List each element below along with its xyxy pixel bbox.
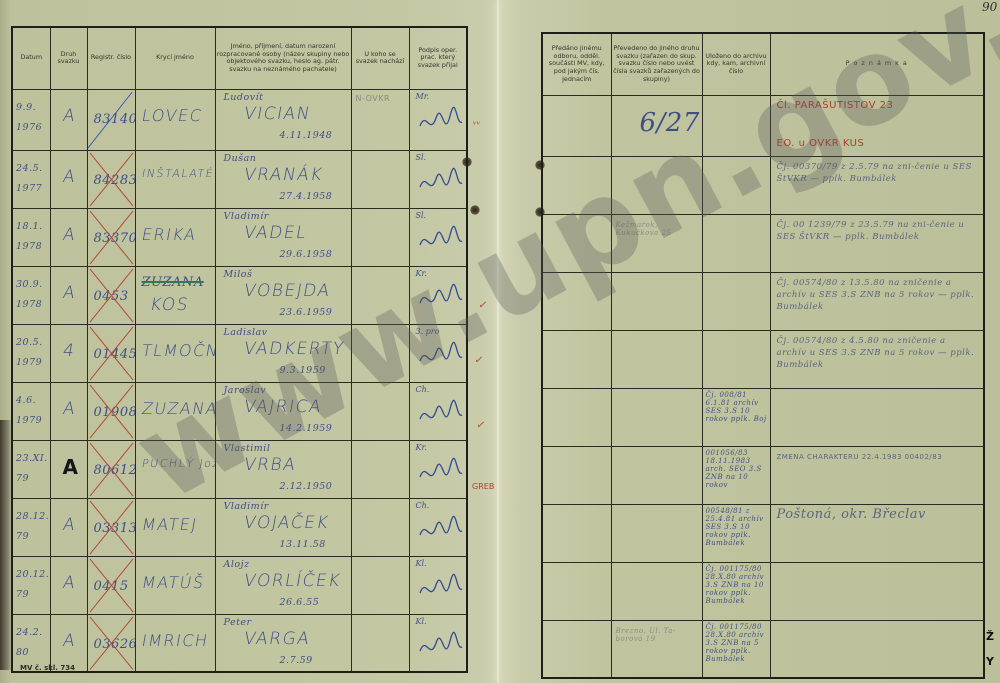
signature-cell: Sl. xyxy=(409,208,467,266)
cover-name: ERIKA xyxy=(140,225,198,244)
archived-cell xyxy=(702,95,770,156)
transferred-cell: Kežmarok, Kukučkova 25 xyxy=(611,214,702,272)
date-cell: 9.9. 1976 xyxy=(12,89,50,150)
last-name: VRBA xyxy=(242,455,298,475)
cover-cell: TLMOČNÍK xyxy=(135,324,215,382)
register-row: Čj. 001175/80 28.X.80 archív 3.S ZNB na … xyxy=(542,562,984,620)
ledger-spread: 90 Datum Druh svazku Registr. číslo Kryc… xyxy=(0,0,1000,683)
reg-number: 80612 xyxy=(94,463,136,478)
binding-hole xyxy=(470,205,480,215)
margin-note: GREB xyxy=(472,482,494,491)
birth-date: 2.7.59 xyxy=(280,655,313,666)
cover-cell: ZUZANA xyxy=(135,382,215,440)
cover-name: KOS xyxy=(148,295,190,315)
held-by-cell xyxy=(351,556,409,614)
transferred-cell xyxy=(611,272,702,330)
cover-name: MATÚŠ xyxy=(140,573,206,592)
date-cell: 18.1. 1978 xyxy=(12,208,50,266)
register-table-left: Datum Druh svazku Registr. číslo Krycí j… xyxy=(11,26,468,673)
reg-number: 83140 xyxy=(94,112,136,127)
header-transferred: Převedeno do jiného druhu svazku (zařaze… xyxy=(611,33,702,95)
type-cell: A xyxy=(50,208,87,266)
held-by-cell xyxy=(351,208,409,266)
note-text: ZMENA CHARAKTERU 22.4.1983 00402/83 xyxy=(777,451,977,463)
transferred-address: Brezno, Ul. Ta-borová 19 xyxy=(616,627,696,643)
archived-cell: Čj. 008/81 6.1.81 archív SES 3.S 10 roko… xyxy=(702,388,770,446)
last-name: VADEL xyxy=(242,223,309,243)
archive-record: Čj. 001175/80 28.X.80 archív 3.S ZNB na … xyxy=(706,623,768,663)
date-cell: 20.5. 1979 xyxy=(12,324,50,382)
handed-over-cell xyxy=(542,95,611,156)
person-cell: AlojzVORLÍČEK26.6.55 xyxy=(215,556,351,614)
type-cell: A xyxy=(50,266,87,324)
register-row: 00548/81 z 25.4.81 archív SES 3.S 10 rok… xyxy=(542,504,984,562)
transferred-cell: 6/27 xyxy=(611,95,702,156)
signature-icon xyxy=(416,563,464,609)
reg-number: 03626 xyxy=(94,637,136,652)
held-by-cell: N-OVKR xyxy=(351,89,409,150)
cover-name: IMRICH xyxy=(140,631,210,650)
first-name: Ľudovít xyxy=(224,92,264,103)
reg-cell: 03313 xyxy=(87,498,135,556)
note-cell xyxy=(770,388,984,446)
held-by: N-OVKR xyxy=(356,94,391,103)
first-name: Dušan xyxy=(224,153,257,164)
transferred-cell xyxy=(611,156,702,214)
check-mark: ✓ xyxy=(476,420,484,431)
type-cell: A xyxy=(50,498,87,556)
note-red: EO. u OVKR KUS xyxy=(777,138,865,149)
held-by-cell xyxy=(351,324,409,382)
person-cell: MilošVOBEJDA23.6.1959 xyxy=(215,266,351,324)
first-name: Ladislav xyxy=(224,327,268,338)
signature-cell: Ch. xyxy=(409,382,467,440)
file-type: A xyxy=(61,106,78,126)
register-table-right: Předáno jinému odboru, odděl. součásti M… xyxy=(541,32,985,679)
person-cell: LadislavVADKERTY9.3.1959 xyxy=(215,324,351,382)
birth-date: 14.2.1959 xyxy=(280,423,333,434)
handed-over-cell xyxy=(542,446,611,504)
cover-cell: ZUZANAKOS xyxy=(135,266,215,324)
note-text: Čj. 00574/80 z 4.5.80 na zničenie a arch… xyxy=(777,335,977,371)
note-red: Čl. PARAŠUTISTOV 23 xyxy=(777,100,894,111)
type-cell: 4 xyxy=(50,324,87,382)
type-cell: A xyxy=(50,382,87,440)
cover-cell: PUCHLÝ Jozef xyxy=(135,440,215,498)
signature-icon xyxy=(416,215,464,261)
reg-cell: 83370 xyxy=(87,208,135,266)
date: 28.12. 79 xyxy=(16,507,48,547)
header-person: Jméno, příjmení, datum narození rozpraco… xyxy=(215,27,351,89)
date-cell: 20.12. 79 xyxy=(12,556,50,614)
first-name: Vlastimil xyxy=(224,443,271,454)
note-cell: Čj. 00574/80 z 4.5.80 na zničenie a arch… xyxy=(770,330,984,388)
date-cell: 23.XI. 79 xyxy=(12,440,50,498)
group-file-number: 6/27 xyxy=(640,108,700,138)
header-date: Datum xyxy=(12,27,50,89)
handed-over-cell xyxy=(542,156,611,214)
reg-number: 84283 xyxy=(94,173,136,188)
birth-date: 26.6.55 xyxy=(280,597,320,608)
form-code: MV č. skl. 734 xyxy=(20,664,75,672)
birth-date: 13.11.58 xyxy=(280,539,326,550)
first-name: Vladimír xyxy=(224,211,269,222)
last-name: VARGA xyxy=(242,629,312,649)
register-row: 20.12. 79A0415MATÚŠAlojzVORLÍČEK26.6.55K… xyxy=(12,556,467,614)
transferred-cell xyxy=(611,504,702,562)
file-type: A xyxy=(61,515,78,535)
type-cell: A xyxy=(50,89,87,150)
cover-cell: MATÚŠ xyxy=(135,556,215,614)
birth-date: 27.4.1958 xyxy=(280,191,333,202)
reg-number: 0453 xyxy=(94,289,129,304)
register-row: 24.5. 1977A84283INŠTALATÉRDušanVRANÁK27.… xyxy=(12,150,467,208)
page-number: 90 xyxy=(982,0,997,14)
last-name: VRANÁK xyxy=(242,165,324,185)
check-mark: ✓ xyxy=(474,355,482,366)
first-name: Miloš xyxy=(224,269,253,280)
birth-date: 2.12.1950 xyxy=(280,481,333,492)
note-cell: Poštoná, okr. Břeclav xyxy=(770,504,984,562)
archived-cell: 001056/83 18.11.1983 arch. SEO 3.S ZNB n… xyxy=(702,446,770,504)
date: 4.6. 1979 xyxy=(16,391,48,431)
register-row: Čj. 00574/80 z 13.5.80 na zničenie a arc… xyxy=(542,272,984,330)
last-name: VORLÍČEK xyxy=(242,571,342,591)
handed-over-cell xyxy=(542,388,611,446)
header-handed-over: Předáno jinému odboru, odděl. součásti M… xyxy=(542,33,611,95)
cover-name: LOVEC xyxy=(140,106,204,125)
header-note: P o z n á m k a xyxy=(770,33,984,95)
register-row: 6/27Čl. PARAŠUTISTOV 23EO. u OVKR KUS xyxy=(542,95,984,156)
handed-over-cell xyxy=(542,272,611,330)
held-by-cell xyxy=(351,440,409,498)
register-row: 30.9. 1978A0453ZUZANAKOSMilošVOBEJDA23.6… xyxy=(12,266,467,324)
date: 24.2. 80 xyxy=(16,623,48,663)
reg-cell: 84283 xyxy=(87,150,135,208)
birth-date: 4.11.1948 xyxy=(280,130,333,141)
held-by-cell xyxy=(351,266,409,324)
date: 20.12. 79 xyxy=(16,565,48,605)
type-cell: A xyxy=(50,440,87,498)
type-cell: A xyxy=(50,556,87,614)
date: 24.5. 1977 xyxy=(16,159,48,199)
birth-date: 29.6.1958 xyxy=(280,249,333,260)
cover-name: PUCHLÝ Jozef xyxy=(140,457,215,470)
person-cell: VlastimilVRBA2.12.1950 xyxy=(215,440,351,498)
register-row: 23.XI. 79A80612PUCHLÝ JozefVlastimilVRBA… xyxy=(12,440,467,498)
signature-icon xyxy=(416,447,464,493)
register-row: 18.1. 1978A83370ERIKAVladimírVADEL29.6.1… xyxy=(12,208,467,266)
person-cell: DušanVRANÁK27.4.1958 xyxy=(215,150,351,208)
register-row: 24.2. 80A03626IMRICHPeterVARGA2.7.59Kl. xyxy=(12,614,467,672)
reg-cell: 80612 xyxy=(87,440,135,498)
handed-over-cell xyxy=(542,620,611,678)
register-row: 4.6. 1979A01908ZUZANAJaroslavVAJRICA14.2… xyxy=(12,382,467,440)
register-row: Brezno, Ul. Ta-borová 19Čj. 001175/80 28… xyxy=(542,620,984,678)
cover-cell: INŠTALATÉR xyxy=(135,150,215,208)
header-cover-name: Krycí jméno xyxy=(135,27,215,89)
reg-cell: 83140 xyxy=(87,89,135,150)
edge-letter: Y xyxy=(986,655,994,668)
last-name: VADKERTY xyxy=(242,339,346,359)
note-text: Čj. 00 1239/79 z 23.5.79 na zni-čenie u … xyxy=(777,219,977,243)
register-row: Čj. 00370/79 z 2.5.79 na zni-čenie u SES… xyxy=(542,156,984,214)
cover-name: MATEJ xyxy=(140,515,199,534)
signature-cell: Sl. xyxy=(409,150,467,208)
signature-cell: 3. pro xyxy=(409,324,467,382)
binding-gutter xyxy=(497,0,499,683)
signature-icon xyxy=(416,505,464,551)
archive-record: Čj. 008/81 6.1.81 archív SES 3.S 10 roko… xyxy=(706,391,768,423)
cover-cell: LOVEC xyxy=(135,89,215,150)
register-row: Kežmarok, Kukučkova 25Čj. 00 1239/79 z 2… xyxy=(542,214,984,272)
note-text: Poštoná, okr. Břeclav xyxy=(777,509,977,521)
date: 9.9. 1976 xyxy=(16,98,48,138)
note-cell: Čj. 00370/79 z 2.5.79 na zni-čenie u SES… xyxy=(770,156,984,214)
header-file-type: Druh svazku xyxy=(50,27,87,89)
cover-cell: IMRICH xyxy=(135,614,215,672)
archived-cell xyxy=(702,214,770,272)
date: 20.5. 1979 xyxy=(16,333,48,373)
person-cell: ĽudovítVICIAN4.11.1948 xyxy=(215,89,351,150)
signature-cell: Mr. xyxy=(409,89,467,150)
signature-icon xyxy=(416,96,464,142)
transferred-address: Kežmarok, Kukučkova 25 xyxy=(616,221,696,237)
date: 18.1. 1978 xyxy=(16,217,48,257)
signature-icon xyxy=(416,621,464,667)
last-name: VOJAČEK xyxy=(242,513,331,533)
signature-cell: Kr. xyxy=(409,440,467,498)
date-cell: 24.5. 1977 xyxy=(12,150,50,208)
date-cell: 4.6. 1979 xyxy=(12,382,50,440)
archived-cell: Čj. 001175/80 28.X.80 archív 3.S ZNB na … xyxy=(702,620,770,678)
reg-cell: 03626 xyxy=(87,614,135,672)
handed-over-cell xyxy=(542,504,611,562)
birth-date: 9.3.1959 xyxy=(280,365,326,376)
edge-letter: Ž xyxy=(986,630,994,643)
note-cell: Čj. 00574/80 z 13.5.80 na zničenie a arc… xyxy=(770,272,984,330)
transferred-cell: Brezno, Ul. Ta-borová 19 xyxy=(611,620,702,678)
last-name: VOBEJDA xyxy=(242,281,332,301)
header-reg-number: Registr. číslo xyxy=(87,27,135,89)
archived-cell xyxy=(702,272,770,330)
signature-icon xyxy=(416,157,464,203)
held-by-cell xyxy=(351,382,409,440)
register-row: 9.9. 1976A83140LOVECĽudovítVICIAN4.11.19… xyxy=(12,89,467,150)
cover-name: TLMOČNÍK xyxy=(140,341,215,360)
signature-icon xyxy=(416,389,464,435)
note-cell: Čl. PARAŠUTISTOV 23EO. u OVKR KUS xyxy=(770,95,984,156)
date: 30.9. 1978 xyxy=(16,275,48,315)
last-name: VICIAN xyxy=(242,104,312,124)
note-cell xyxy=(770,620,984,678)
handed-over-cell xyxy=(542,214,611,272)
signature-cell: Kr. xyxy=(409,266,467,324)
header-signature: Podpis oper. prac. který svazek přijal xyxy=(409,27,467,89)
handed-over-cell xyxy=(542,562,611,620)
check-mark: ✓ xyxy=(478,300,486,311)
date: 23.XI. 79 xyxy=(16,449,48,489)
archived-cell xyxy=(702,156,770,214)
archived-cell xyxy=(702,330,770,388)
file-type: A xyxy=(61,631,78,651)
archive-record: 00548/81 z 25.4.81 archív SES 3.S 10 rok… xyxy=(706,507,768,547)
date-cell: 28.12. 79 xyxy=(12,498,50,556)
last-name: VAJRICA xyxy=(242,397,324,417)
file-type: A xyxy=(61,167,78,187)
person-cell: JaroslavVAJRICA14.2.1959 xyxy=(215,382,351,440)
note-cell: Čj. 00 1239/79 z 23.5.79 na zni-čenie u … xyxy=(770,214,984,272)
signature-cell: Kl. xyxy=(409,614,467,672)
archived-cell: Čj. 001175/80 28.X.80 archív 3.S ZNB na … xyxy=(702,562,770,620)
note-cell: ZMENA CHARAKTERU 22.4.1983 00402/83 xyxy=(770,446,984,504)
cover-cell: ERIKA xyxy=(135,208,215,266)
signature-cell: Kl. xyxy=(409,556,467,614)
register-row: 20.5. 1979401445TLMOČNÍKLadislavVADKERTY… xyxy=(12,324,467,382)
reg-number: 01908 xyxy=(94,405,136,420)
archive-record: Čj. 001175/80 28.X.80 archív 3.S ZNB na … xyxy=(706,565,768,605)
first-name: Jaroslav xyxy=(224,385,267,396)
transferred-cell xyxy=(611,562,702,620)
check-mark: ᵛᵛ xyxy=(473,120,480,131)
stamp-letter: A xyxy=(63,455,78,479)
type-cell: A xyxy=(50,150,87,208)
register-row: 001056/83 18.11.1983 arch. SEO 3.S ZNB n… xyxy=(542,446,984,504)
cover-name: ZUZANA xyxy=(140,399,215,418)
first-name: Vladimír xyxy=(224,501,269,512)
header-archived: Uloženo do archivu kdy, kam, archivní čí… xyxy=(702,33,770,95)
file-type: A xyxy=(61,573,78,593)
signature-cell: Ch. xyxy=(409,498,467,556)
cover-name-struck: ZUZANA xyxy=(142,275,204,290)
first-name: Alojz xyxy=(224,559,250,570)
signature-icon xyxy=(416,273,464,319)
header-held-by: U koho se svazek nachází xyxy=(351,27,409,89)
held-by-cell xyxy=(351,614,409,672)
held-by-cell xyxy=(351,150,409,208)
register-row: Čj. 008/81 6.1.81 archív SES 3.S 10 roko… xyxy=(542,388,984,446)
held-by-cell xyxy=(351,498,409,556)
file-type: A xyxy=(61,399,78,419)
reg-number: 01445 xyxy=(94,347,136,362)
handed-over-cell xyxy=(542,330,611,388)
file-type: 4 xyxy=(61,341,77,361)
file-type: A xyxy=(61,225,78,245)
person-cell: VladimírVADEL29.6.1958 xyxy=(215,208,351,266)
birth-date: 23.6.1959 xyxy=(280,307,333,318)
file-type: A xyxy=(61,283,78,303)
date-cell: 30.9. 1978 xyxy=(12,266,50,324)
transferred-cell xyxy=(611,446,702,504)
cover-cell: MATEJ xyxy=(135,498,215,556)
register-row: 28.12. 79A03313MATEJVladimírVOJAČEK13.11… xyxy=(12,498,467,556)
person-cell: VladimírVOJAČEK13.11.58 xyxy=(215,498,351,556)
reg-number: 83370 xyxy=(94,231,136,246)
transferred-cell xyxy=(611,330,702,388)
reg-number: 0415 xyxy=(94,579,129,594)
note-text: Čj. 00370/79 z 2.5.79 na zni-čenie u SES… xyxy=(777,161,977,185)
reg-cell: 0453 xyxy=(87,266,135,324)
transferred-cell xyxy=(611,388,702,446)
reg-number: 03313 xyxy=(94,521,136,536)
first-name: Peter xyxy=(224,617,252,628)
archive-record: 001056/83 18.11.1983 arch. SEO 3.S ZNB n… xyxy=(706,449,768,489)
archived-cell: 00548/81 z 25.4.81 archív SES 3.S 10 rok… xyxy=(702,504,770,562)
person-cell: PeterVARGA2.7.59 xyxy=(215,614,351,672)
signature-icon xyxy=(416,331,464,377)
register-row: Čj. 00574/80 z 4.5.80 na zničenie a arch… xyxy=(542,330,984,388)
reg-cell: 01908 xyxy=(87,382,135,440)
reg-cell: 01445 xyxy=(87,324,135,382)
note-cell xyxy=(770,562,984,620)
reg-cell: 0415 xyxy=(87,556,135,614)
cover-name: INŠTALATÉR xyxy=(140,167,215,180)
note-text: Čj. 00574/80 z 13.5.80 na zničenie a arc… xyxy=(777,277,977,313)
